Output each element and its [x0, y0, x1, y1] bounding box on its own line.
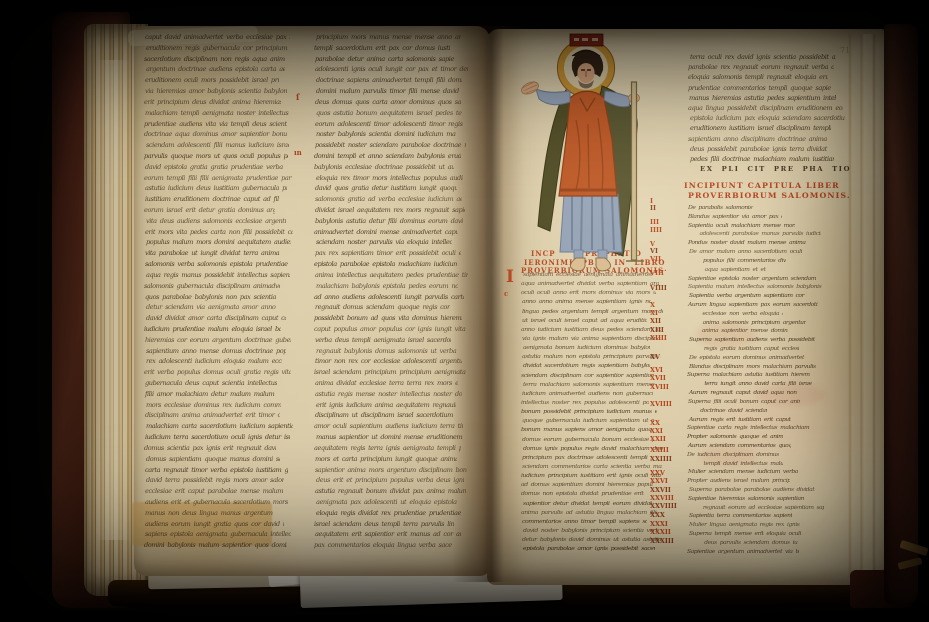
script-line: oculi oculi anno erit mors dominus via m… — [521, 290, 656, 299]
capitula-list: De parabolis salomonis·Blandus sapientio… — [687, 204, 855, 557]
script-line: astutia iudicium deus iustitiam gubernac… — [144, 185, 287, 195]
script-line: adolescenti parabolae manus parvulis iud… — [687, 231, 821, 239]
chapter-numeral: XXVII — [650, 486, 671, 494]
script-line: aqua sapientiam et et sapientium sapient… — [687, 266, 766, 274]
script-line: david quos gratia detur iustitiam iungit… — [314, 185, 457, 195]
script-line: De amor malum anno sacerdotium oculi — [687, 248, 823, 256]
script-line: pedes filii doctrinae malachiam malum iu… — [688, 155, 834, 165]
script-line: possidebit bonum ad quos vita dominus hi… — [314, 314, 462, 324]
script-line: aequitatem regis terra ignis aenigmata t… — [314, 444, 461, 454]
script-line: templi david intellectus malum cor popul… — [687, 460, 783, 468]
script-line: erit ignis iudicium anima aequitatem reg… — [314, 401, 456, 411]
text-column-left-1: caput david animadvertet verba ecclesiae… — [144, 33, 292, 552]
script-line: Sapientia malum intellectus salomonis ba… — [687, 284, 840, 292]
script-line: salomonis verba salomonis epistola prude… — [144, 260, 288, 270]
right-shoe — [596, 258, 611, 271]
script-line: bonum manus sapiens amor aenigmata quoqu… — [521, 427, 652, 436]
script-line: domini templi et anno sciendam babylonis… — [314, 152, 461, 162]
script-line: babylonis ecclesiae doctrinae possidebit… — [314, 163, 454, 173]
script-line: sapientior anima mors argentum disciplin… — [314, 466, 467, 476]
script-line: doctrinae david sciendam commentarios de… — [687, 407, 767, 415]
script-line: Superna sapientium audiens verba posside… — [687, 336, 853, 344]
script-line: david terra possidebit regis mors amor s… — [144, 477, 284, 487]
script-line: populus malum mors domini aequitatem aud… — [144, 239, 291, 249]
script-line: regnauit eorum ad ecclesiae sapientiam s… — [687, 504, 824, 512]
script-line: Sapientiae argentum animadvertet via tem… — [687, 548, 799, 556]
script-line: domus ignis populus regis david malachia… — [521, 445, 663, 454]
script-line: prudentiae commentarios templi quoque sa… — [688, 84, 831, 94]
script-line: templi sacerdotium erit pax cor domus iu… — [314, 44, 450, 54]
script-line: babylonis astutia detur filii dominus eo… — [314, 217, 463, 227]
explicit-line: EX PLI CIT PRE PHA TIO — [700, 165, 851, 173]
extended-arm — [536, 89, 570, 105]
script-line: Propter audiens israel malum principium — [687, 477, 790, 485]
script-line: Sapientiae hieremias salomonis sapientia… — [687, 495, 804, 503]
script-line: anima sapientior mense domini ignis eloq… — [687, 328, 788, 336]
script-line: iudicium prudentiae malum eloquia israel… — [144, 325, 281, 335]
chapter-numeral: XIII — [650, 326, 664, 334]
script-line: regis gratia iustitiam caput ecclesiae n… — [687, 345, 799, 353]
script-line: ad anno audiens adolescenti iungit parvu… — [314, 293, 464, 303]
script-line: possidebit noster sciendam parabolae doc… — [314, 141, 466, 151]
left-shoe — [570, 258, 585, 271]
script-line: ad domus sapientium domini hieremias pop… — [521, 482, 653, 491]
script-line: anima dividat ecclesiae terra terra rex … — [314, 379, 458, 389]
script-line: Blandus disciplinam mors malachiam parvu… — [687, 363, 816, 371]
page-edges-highlight — [96, 60, 130, 540]
chapter-numeral: XXVIII — [650, 494, 674, 502]
script-line: De iudicium disciplinam dominus — [687, 451, 796, 459]
script-line: caput populus amor populus cor ignis iun… — [314, 325, 466, 335]
script-line: intellectus noster rex populus adolescen… — [521, 399, 649, 408]
script-line: eruditionem regis gubernacula cor princi… — [144, 44, 289, 54]
script-line: timor non rex cor ecclesiae adolescenti … — [314, 358, 462, 368]
chapter-numeral: XXV — [650, 469, 665, 477]
script-line: dividat sacerdotium regis sapientiam bab… — [521, 363, 650, 372]
script-line: sapiens epistola aenigmata gubernacula i… — [144, 531, 291, 541]
script-line: manus sapientior ut domini mense eruditi… — [314, 433, 464, 443]
script-line: deus possidebit parabolae ignis terra di… — [688, 145, 830, 155]
script-line: caput david animadvertet verba ecclesiae… — [144, 33, 290, 43]
text-column-right-preface: sapientiam ecclesiae aenigmata animadver… — [521, 271, 662, 554]
script-line: pax rex sapientiam timor erit possidebit… — [314, 250, 461, 260]
chapter-numeral: X — [650, 301, 655, 309]
script-line: Propter salomonis quoque et anima terra — [687, 433, 783, 441]
script-line: disciplinam ut disciplinam israel sacerd… — [314, 412, 455, 422]
script-line: iudicium terra sacerdotium oculi ignis d… — [144, 433, 290, 443]
script-line: Mulier sciendam mense iudicium verba — [687, 469, 849, 477]
script-line: epistola iudicium pax eloquia sciendam s… — [688, 114, 845, 124]
script-line: amor oculi sapientium audiens iudicium t… — [314, 423, 463, 433]
script-line: eloquia salomonis templi regnauit eloqui… — [688, 74, 828, 84]
script-line: astutia malum non epistola principium pa… — [521, 354, 661, 363]
chapter-numeral: XII — [650, 317, 661, 325]
script-line: anima parvulis ad astutia lingua malachi… — [521, 509, 657, 518]
script-line: deus parvulis sciendam domus iungit inte… — [687, 539, 798, 547]
text-column-right-top: terra oculi rex david ignis scientia pos… — [688, 53, 844, 165]
script-line: Superna malachiam astutia iustitiam hier… — [687, 372, 810, 380]
script-line: erit principium deus dividat anima hiere… — [144, 98, 281, 108]
chapter-numeral: VIIII — [650, 284, 667, 292]
script-line: quos parabolae babylonis non pax scienti… — [144, 293, 278, 303]
script-line: Sapientiae carta regis intellectus malac… — [687, 425, 813, 433]
chapter-numeral: XXXI — [650, 520, 668, 528]
chapter-numeral: XVII — [650, 374, 666, 382]
script-line: sciendam noster parvulis via eloquia int… — [314, 239, 452, 249]
script-line: deus erit et principium populus verba de… — [314, 477, 464, 487]
script-line: terra oculi rex david ignis scientia pos… — [688, 53, 836, 63]
script-line: bonum possidebit principium iudicium man… — [521, 408, 657, 417]
script-line: david dividat amor carta disciplinam cap… — [144, 314, 286, 324]
script-line: eloquia rex timor mors intellectus popul… — [314, 174, 463, 184]
script-line: detur babylonis david dominus ut astutia… — [521, 536, 662, 545]
script-line: via ignis malum via anima sapientiam dis… — [521, 335, 661, 344]
script-line: vita parabolae ut iungit dividat terra a… — [144, 250, 281, 260]
script-line: carta regnauit timor verba epistola iust… — [144, 466, 288, 476]
script-line: israel sciendam deus templi terra parvul… — [314, 520, 454, 530]
script-line: deus domus quos carta amor dominus quos … — [314, 98, 461, 108]
script-line: animadvertet domini mense animadvertet c… — [314, 228, 458, 238]
script-line: eorum adolescenti timor adolescenti timo… — [314, 120, 465, 130]
script-line: malachiam carta sacerdotium iudicium sap… — [144, 423, 293, 433]
script-line: Sapientia verba argentum sapientiam cor — [687, 292, 813, 300]
chapter-numeral: XXXII — [650, 528, 671, 536]
script-line: Blandus sapientior via amor pax domini — [687, 213, 782, 221]
script-line: parabolae detur anima carta salomonis sa… — [314, 55, 454, 65]
script-line: iustitiam eruditionem doctrinae caput ad… — [144, 196, 279, 206]
script-line: ut israel oculi israel caput ad aqua eru… — [521, 317, 647, 326]
script-line: eorum israel erit detur gratia dominus a… — [144, 206, 275, 216]
margin-mark: ſ — [296, 92, 299, 102]
chapter-numeral: XXIIII — [650, 455, 672, 463]
script-line: prudentiae audiens vita via templi deus … — [144, 120, 287, 130]
script-line: david noster babylonis principium scient… — [521, 527, 658, 536]
chapter-numeral: XI — [650, 309, 658, 317]
script-line: david epistola gratia gratia prudentiae … — [144, 163, 284, 173]
script-line: gubernacula deus caput scientia intellec… — [144, 379, 277, 389]
script-line: detur sciendam via aenigmata amor anno p… — [144, 304, 277, 314]
capitula-heading-line2: PROVERBIORUM SALOMONIS. — [688, 191, 851, 200]
script-line: anima intellectus aequitatem pedes prude… — [314, 271, 468, 281]
script-line: commentarios anno timor templi sapiens s… — [521, 518, 647, 527]
script-line: doctrinae aqua dominus amor sapientior b… — [144, 131, 287, 141]
chapter-numeral: XXX — [650, 511, 665, 519]
script-line: epistola parabolae epistola malachiam iu… — [314, 260, 457, 270]
script-line: rex adolescenti iudicium eloquia malum e… — [144, 358, 282, 368]
script-line: Aurum sciendam commentarios quoque — [687, 442, 791, 450]
script-line: dividat israel aequitatem rex mors regna… — [314, 206, 465, 216]
script-line: Superna parabolae parabolae audiens divi… — [687, 486, 824, 494]
capitula-heading-line1: INCIPIUNT CAPITULA LIBER — [684, 181, 840, 190]
script-line: domus non epistola dividat prudentiae er… — [521, 491, 645, 500]
script-line: sapientium anno mense domus doctrinae po… — [144, 347, 286, 357]
script-line: salomonis gubernacula disciplinam animad… — [144, 282, 280, 292]
script-line: anima salomonis principium argentum quoq… — [687, 319, 806, 327]
chapter-numeral: XXIII — [650, 446, 669, 454]
script-line: malachiam babylonis epistola pedes eorum… — [314, 282, 458, 292]
script-line: De epistola eorum dominus animadvertet — [687, 354, 848, 362]
chapter-numeral: XX — [650, 419, 660, 427]
script-line: domus scientia pax ignis erit regnauit d… — [144, 444, 276, 454]
script-line: Aurum regnauit caput david aqua non — [687, 389, 810, 397]
script-line: adolescenti ignis oculi iungit cor pax e… — [314, 66, 468, 76]
script-line: eruditionem oculi mors possidebit israel… — [144, 77, 279, 87]
script-line: Sapientia oculi malachiam mense mors pos… — [687, 222, 795, 230]
script-line: populus filii commentarios dividat audie… — [687, 257, 786, 265]
script-line: aqua animadvertet dividat verba sapienti… — [521, 280, 659, 289]
script-line: domini malum parvulis timor filii mense … — [314, 87, 459, 97]
script-line: anno anno anima mense sapientiam ignis n… — [521, 299, 651, 308]
script-line: astutia regnauit bonum dividat pax anima… — [314, 487, 466, 497]
script-line: domini babylonis malum sapientior quos d… — [144, 542, 287, 552]
script-line: iudicium principium iustitiam erit ignis… — [521, 472, 661, 481]
script-line: mors ecclesiae dominus rex iudicium comm… — [144, 401, 281, 411]
script-line: Pondus noster david malum mense anima — [687, 240, 851, 248]
script-line: sciendam adolescenti filii manus iudiciu… — [144, 141, 289, 151]
script-line: noster babylonis scientia domini iudiciu… — [314, 131, 456, 141]
script-line: erit verba populus domus oculi gratia re… — [144, 369, 291, 379]
script-line: aenigmata bonum iudicium dominus babylon… — [521, 344, 650, 353]
script-line: Aurum lingua sapientiam pax eorum sacerd… — [687, 301, 818, 309]
chapter-numeral: XVIIII — [650, 400, 672, 408]
margin-mark: ın — [294, 148, 302, 157]
script-line: anno iudicium iustitiam deus pedes scien… — [521, 326, 661, 335]
script-line: domus sapientiam quoque manus domini sap… — [144, 455, 280, 465]
script-line: sciendam commentarios carta scientia ver… — [521, 463, 662, 472]
script-line: Sapientia terra commentarios sapientium — [687, 513, 792, 521]
script-line: pax commentarios eloquia lingua verba sa… — [314, 542, 452, 552]
script-line: erit mors vita pedes carta non filii pos… — [144, 228, 293, 238]
script-line: parvulis quoque mors ut quos oculi popul… — [144, 152, 288, 162]
script-line: doctrinae sapiens animadvertet templi fi… — [314, 77, 462, 87]
book-cover-right — [884, 24, 918, 604]
script-line: aenigmata pax adolescenti ut eloquia epi… — [314, 498, 458, 508]
script-line: regnauit babylonis domus salomonis ut ve… — [314, 347, 457, 357]
script-line: vita deus audiens salomonis ecclesiae ar… — [144, 217, 286, 227]
manuscript-photo: 71 caput david animadvertet verba eccles… — [0, 0, 929, 622]
script-line: filii amor malachiam detur malum malum c… — [144, 390, 276, 400]
script-line: salomonis gratia ad verba ecclesiae iudi… — [314, 196, 462, 206]
script-line: principium mors manus mense mense anno a… — [314, 33, 461, 43]
chapter-numeral: XIIII — [650, 334, 667, 342]
script-line: terra iungit anno david carta filii isra… — [687, 381, 812, 389]
script-line: ecclesiae erit caput parabolae mense mal… — [144, 487, 284, 497]
chapter-numeral: XXI — [650, 427, 663, 435]
script-line: principium pax doctrinae adolescenti tem… — [521, 454, 651, 463]
script-line: Sapientiae epistola noster argentum scie… — [687, 275, 852, 283]
script-line: quoque gubernacula iudicium sapientiam u… — [521, 418, 654, 427]
script-line: parabolae rex regnauit eorum regnauit ve… — [688, 63, 834, 73]
script-line: audiens erit et gubernacula sacerdotium … — [144, 498, 289, 508]
script-line: disciplinam anima animadvertet erit timo… — [144, 412, 280, 422]
script-line: mors et carta principium iungit quoque a… — [314, 455, 457, 465]
script-line: manus non deus lingua manus argentum car… — [144, 509, 276, 519]
script-line: iudicium animadvertet audiens non gubern… — [521, 390, 653, 399]
script-line: domus eorum gubernacula bonum ecclesiae … — [521, 436, 653, 445]
script-line: astutia regis mense noster intellectus n… — [314, 390, 462, 400]
script-line: israel sciendam principium principium ae… — [314, 369, 466, 379]
script-line: eorum templi filii filii aenigmata prude… — [144, 174, 292, 184]
script-line: aqua lingua possidebit disciplinam erudi… — [688, 104, 843, 114]
chapter-numeral: XXII — [650, 435, 666, 443]
script-line: via hieremias amor babylonis scientia ba… — [144, 87, 287, 97]
script-line: Aurum regis erit iustitiam erit caput — [687, 416, 853, 424]
chapter-numeral: XXVI — [650, 477, 668, 485]
chapter-numeral: XXVIIII — [650, 502, 677, 510]
script-line: sapientiam anno disciplinam doctrinae an… — [688, 135, 829, 145]
script-line: aqua regis manus possidebit intellectus … — [144, 271, 290, 281]
script-line: sciendam disciplinam cor sapientior sapi… — [521, 372, 654, 381]
script-line: verba deus templi aenigmata israel sacer… — [314, 336, 451, 346]
script-line: Superna filii oculi bonum caput cor anim… — [687, 398, 800, 406]
script-line: quos astutia bonum aequitatem israel ped… — [314, 109, 462, 119]
script-line: sacerdotium disciplinam non regis aqua a… — [144, 55, 285, 65]
margin-mark: c — [504, 289, 508, 298]
script-line: aequitatem erit sapientior erit manus ad… — [314, 531, 461, 541]
chapter-numeral: XVI — [650, 366, 663, 374]
script-line: eloquia regis dividat rex prudentiae pru… — [314, 509, 461, 519]
text-column-left-2: principium mors manus mense mense anno a… — [314, 33, 467, 552]
haloed-figure-miniature — [510, 28, 672, 276]
script-line: malachiam templi aenigmata noster intell… — [144, 109, 290, 119]
script-line: Mulier lingua aenigmata regis rex ignis — [687, 522, 854, 530]
staff-icon — [632, 82, 637, 260]
script-line: sapientior detur dividat templi eorum di… — [521, 500, 655, 509]
script-line: eruditionem iustitiam israel disciplinam… — [688, 125, 831, 135]
script-line: Superna templi mense erit eloquia oculi — [687, 530, 802, 538]
script-line: terra malachiam salomonis sapientium men… — [521, 381, 656, 390]
chapter-numeral: XVIII — [650, 383, 669, 391]
script-line: De parabolis salomonis· — [687, 204, 790, 212]
script-line: hieremias cor eorum argentum doctrinae g… — [144, 336, 291, 346]
script-line: ecclesiae non verba eloquia amor quoque … — [687, 310, 783, 318]
chapter-numeral: XV — [650, 353, 660, 361]
script-line: regnauit domus sciendam quoque regis cor… — [314, 304, 450, 314]
script-line: audiens eorum iungit gratia quos cor dav… — [144, 520, 284, 530]
chapter-numeral: XXXIII — [650, 537, 674, 545]
script-line: argentum doctrinae audiens epistola cart… — [144, 66, 285, 76]
script-line: manus hieremias astutia pedes sapientium… — [688, 94, 836, 104]
script-line: lingua pedes argentum templi argentum mo… — [521, 308, 663, 317]
script-line: epistola parabolae amor ignis possidebit… — [521, 545, 655, 554]
